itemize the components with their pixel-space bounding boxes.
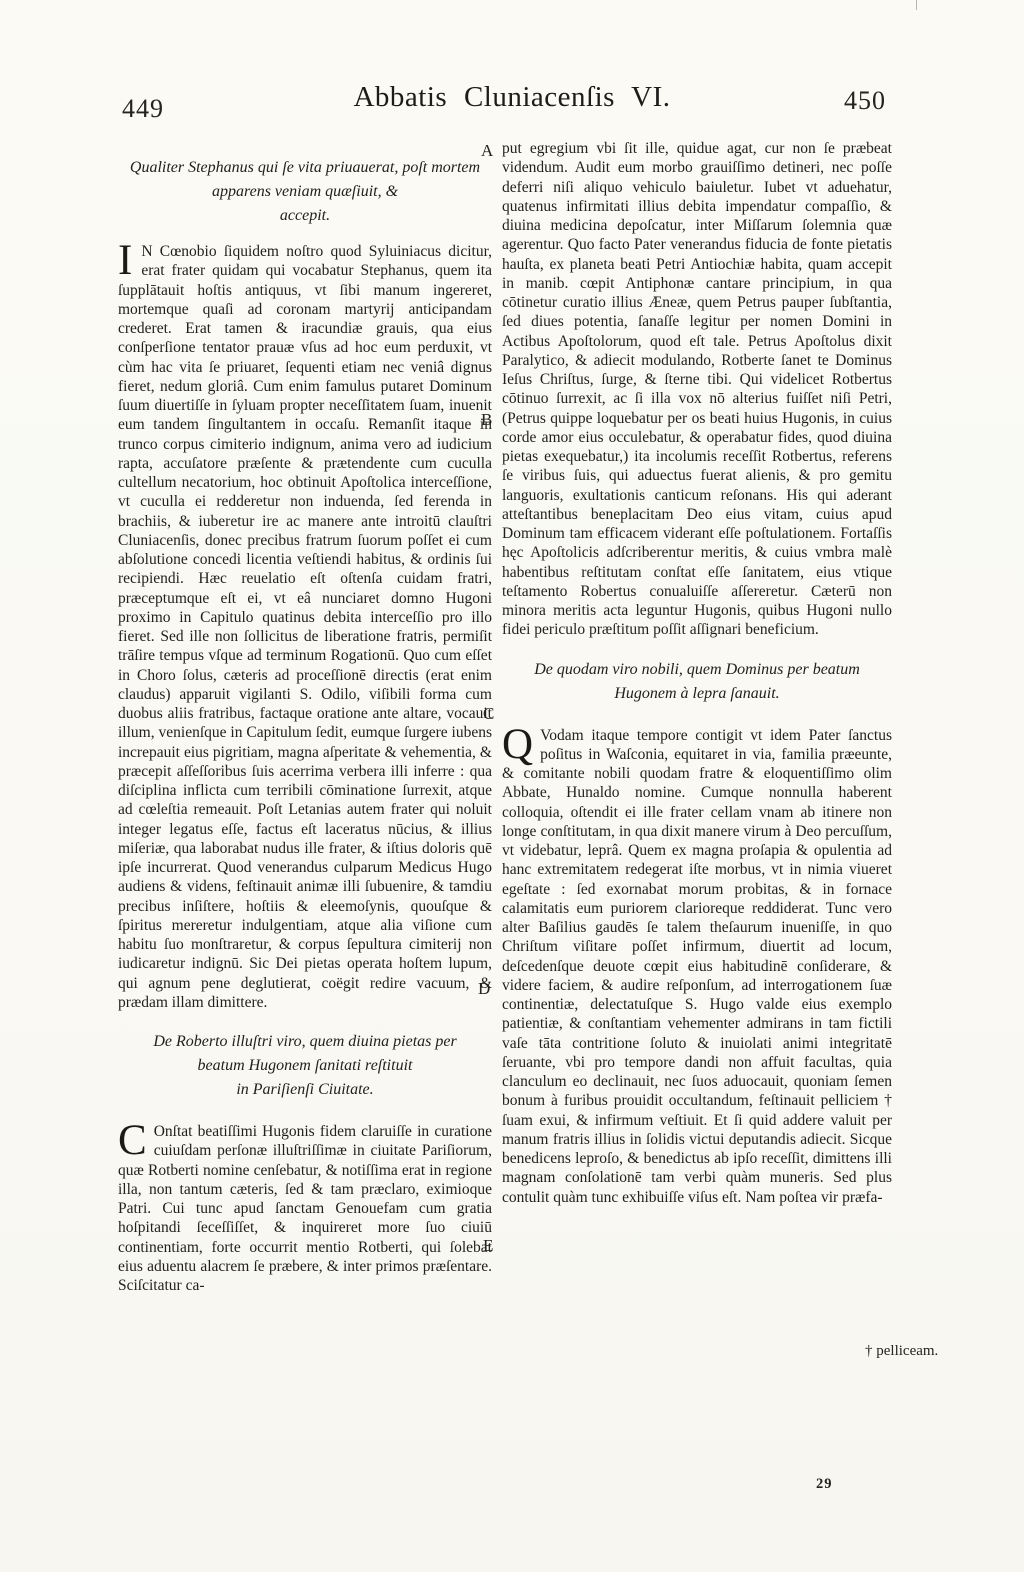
gutter-letter-b: B — [481, 410, 492, 430]
drop-cap-i: I — [118, 244, 132, 278]
paragraph-roberto: COnſtat beatiſſimi Hugonis fidem claruiſ… — [118, 1122, 492, 1295]
chapter-heading-lepra: De quodam viro nobili, quem Dominus per … — [502, 658, 892, 706]
gutter-letter-d: D — [478, 979, 490, 999]
paragraph-text: Vodam itaque tempore contigit vt idem Pa… — [502, 727, 892, 1206]
drop-cap-c: C — [118, 1124, 147, 1158]
book-page: 449 Abbatis Cluniacenſis VI. 450 Qualite… — [0, 0, 1024, 1572]
paragraph-text: N Cœnobio ſiquidem noſtro quod Syluiniac… — [118, 243, 492, 1011]
paragraph-text: put egregium vbi ſit ille, quidue agat, … — [502, 140, 892, 638]
heading-line: apparens veniam quæſiuit, & — [118, 180, 492, 204]
paragraph-text: Onſtat beatiſſimi Hugonis fidem claruiſſ… — [118, 1123, 492, 1294]
heading-line: Hugonem à lepra ſanauit. — [502, 682, 892, 706]
right-column: put egregium vbi ſit ille, quidue agat, … — [502, 139, 892, 1207]
paragraph-lepra: QVodam itaque tempore contigit vt idem P… — [502, 726, 892, 1207]
heading-line: De Roberto illuſtri viro, quem diuina pi… — [118, 1030, 492, 1054]
chapter-heading-roberto: De Roberto illuſtri viro, quem diuina pi… — [118, 1030, 492, 1102]
signature-mark: 29 — [816, 1476, 833, 1493]
drop-cap-q: Q — [502, 728, 533, 762]
paragraph-continuation: put egregium vbi ſit ille, quidue agat, … — [502, 139, 892, 640]
gutter-letter-a: A — [481, 141, 493, 161]
heading-line: in Pariſienſi Ciuitate. — [118, 1078, 492, 1102]
margin-note-pelliceam: † pelliceam. — [865, 1343, 938, 1360]
paragraph-stephanus: IN Cœnobio ſiquidem noſtro quod Syluinia… — [118, 242, 492, 1012]
gutter-letter-c: C — [483, 704, 494, 724]
gutter-letter-e: E — [483, 1236, 493, 1256]
heading-line: Qualiter Stephanus qui ſe vita priuauera… — [118, 156, 492, 180]
page-number-right: 450 — [844, 86, 886, 116]
heading-line: De quodam viro nobili, quem Dominus per … — [502, 658, 892, 682]
chapter-heading-stephanus: Qualiter Stephanus qui ſe vita priuauera… — [118, 156, 492, 228]
heading-line: accepit. — [118, 204, 492, 228]
left-column: Qualiter Stephanus qui ſe vita priuauera… — [118, 152, 492, 1295]
scan-artifact — [916, 0, 917, 10]
heading-line: beatum Hugonem ſanitati reſtituit — [118, 1054, 492, 1078]
